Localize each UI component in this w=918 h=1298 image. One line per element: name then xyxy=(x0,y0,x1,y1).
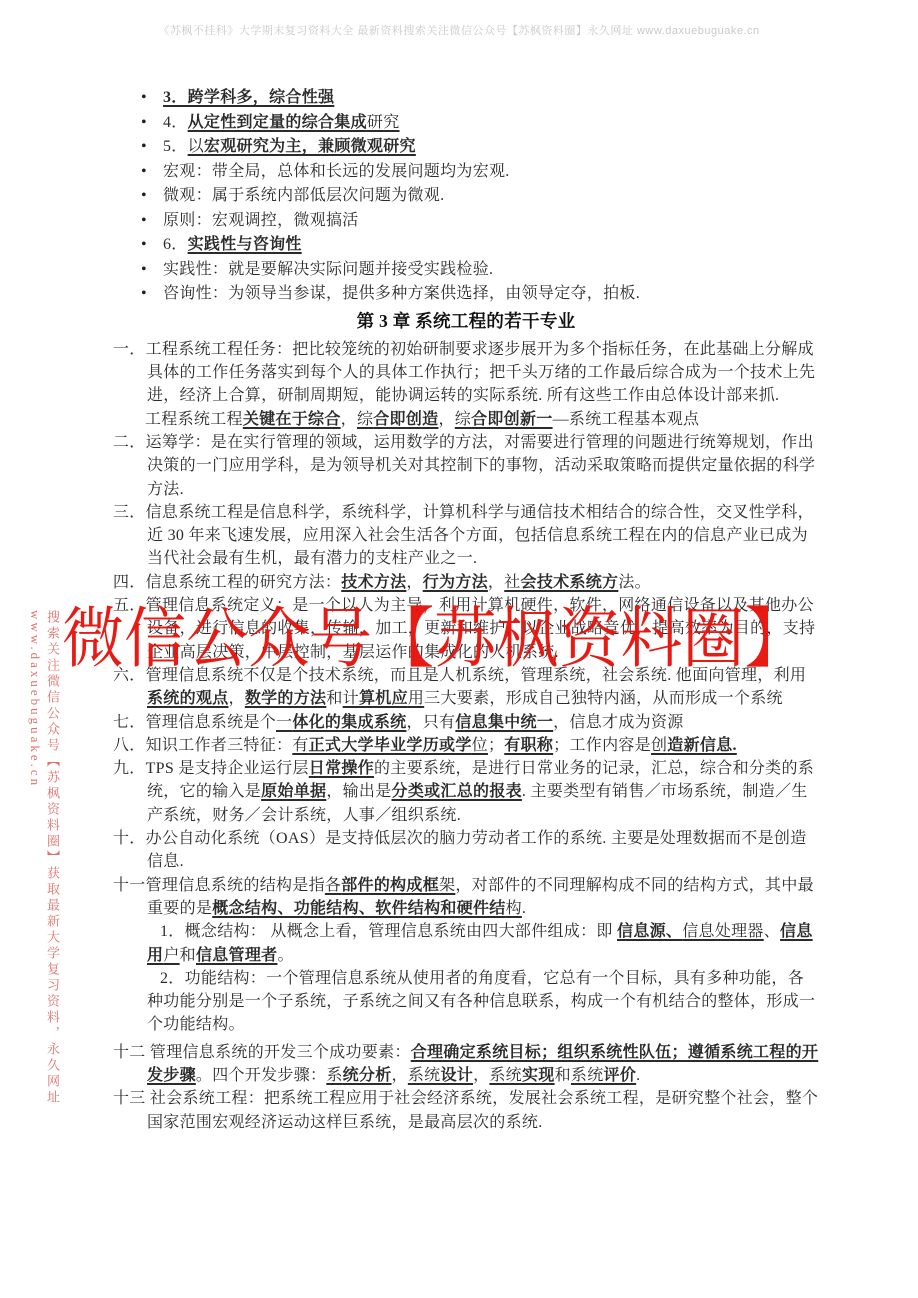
text-segment: 十．办公自动化系统（OAS）是支持低层次的脑力劳动者工作的系统. 主要是处理数据… xyxy=(113,830,807,870)
paragraph: 一．工程系统工程任务：把比较笼统的初始研制要求逐步展开为多个指标任务，在此基础上… xyxy=(113,338,819,408)
text-segment: 分类或汇总的报表 xyxy=(392,783,522,800)
text-segment: 。四个开发步骤： xyxy=(196,1067,326,1084)
text-segment: 宏观：带全局，总体和长远的发展问题均为宏观. xyxy=(163,163,510,180)
bullet-icon: • xyxy=(141,209,163,234)
bullet-text: 5．以宏观研究为主，兼顾微观研究 xyxy=(163,135,416,160)
bullet-icon: • xyxy=(141,111,163,136)
text-segment: ， xyxy=(406,574,422,591)
text-segment: 2．功能结构：一个管理信息系统从使用者的角度看，它总有一个目标，具有多种功能，各… xyxy=(147,970,815,1034)
bullet-item: •4．从定性到定量的综合集成研究 xyxy=(113,111,819,136)
text-segment: 合即创造 xyxy=(373,411,438,428)
text-segment: 3．跨学科多，综合性强 xyxy=(163,89,334,106)
text-segment: 信息处理器 xyxy=(682,923,764,940)
text-segment: 体化的集成系统 xyxy=(292,714,406,731)
bullet-icon: • xyxy=(141,282,163,307)
chapter-title: 第 3 章 系统工程的若干专业 xyxy=(113,310,819,333)
text-segment: 6． xyxy=(163,236,188,253)
bullet-item: •咨询性：为领导当参谋，提供多种方案供选择，由领导定夺，拍板. xyxy=(113,282,819,307)
page: { "header": { "text": "《苏枫不挂科》大学期末复习资料大全… xyxy=(0,0,918,1298)
bullet-item: •实践性：就是要解决实际问题并接受实践检验. xyxy=(113,258,819,283)
text-segment: 实现 xyxy=(522,1067,555,1084)
text-segment: 实践性与咨询性 xyxy=(188,236,302,253)
paragraph: 十．办公自动化系统（OAS）是支持低层次的脑力劳动者工作的系统. 主要是处理数据… xyxy=(113,827,819,874)
bullet-text: 咨询性：为领导当参谋，提供多种方案供选择，由领导定夺，拍板. xyxy=(163,282,640,307)
text-segment: 综 xyxy=(357,411,373,428)
paragraph: 2．功能结构：一个管理信息系统从使用者的角度看，它总有一个目标，具有多种功能，各… xyxy=(113,967,819,1037)
text-segment: 信息管理者 xyxy=(196,947,278,964)
text-segment: ， xyxy=(341,411,357,428)
text-segment: 一．工程系统工程任务：把比较笼统的初始研制要求逐步展开为多个指标任务，在此基础上… xyxy=(113,341,815,405)
text-segment: 信息源、 xyxy=(617,923,682,940)
text-segment: 三．信息系统工程是信息科学，系统科学，计算机科学与通信技术相结合的综合性，交叉性… xyxy=(113,504,814,568)
text-segment: 各 xyxy=(325,877,341,894)
bullet-icon: • xyxy=(141,233,163,258)
text-segment: 微观：属于系统内部低层次问题为微观. xyxy=(163,187,444,204)
text-segment: 正式大学毕业学历或学 xyxy=(309,737,472,754)
watermark-vertical: 搜索关注微信公众号【苏枫资料圈】获取最新大学复习资料，永久网址 www.daxu… xyxy=(27,610,62,1110)
text-segment: 系 xyxy=(326,1067,342,1084)
text-segment: 二．运筹学：是在实行管理的领域，运用数学的方法，对需要进行管理的问题进行统筹规划… xyxy=(113,434,815,498)
paragraph: 十二 管理信息系统的开发三个成功要素：合理确定系统目标；组织系统性队伍；遵循系统… xyxy=(113,1041,819,1088)
paragraph: 二．运筹学：是在实行管理的领域，运用数学的方法，对需要进行管理的问题进行统筹规划… xyxy=(113,431,819,501)
text-segment: 以 xyxy=(188,138,204,155)
text-segment: 有职称 xyxy=(504,737,553,754)
text-segment: 原则：宏观调控，微观搞活 xyxy=(163,212,359,229)
document-content: •3．跨学科多，综合性强•4．从定性到定量的综合集成研究•5．以宏观研究为主，兼… xyxy=(113,86,819,1134)
bullet-item: •微观：属于系统内部低层次问题为微观. xyxy=(113,184,819,209)
paragraph: 七．管理信息系统是个一体化的集成系统，只有信息集中统一，信息才成为资源 xyxy=(113,711,819,734)
text-segment: 十一管理信息系统的结构是指 xyxy=(113,877,325,894)
bullet-text: 4．从定性到定量的综合集成研究 xyxy=(163,111,400,136)
text-segment: 一 xyxy=(276,714,292,731)
bullet-text: 原则：宏观调控，微观搞活 xyxy=(163,209,359,234)
paragraph: 五．管理信息系统定义：是一个以人为主导，利用计算机硬件，软件，网络通信设备以及其… xyxy=(113,594,819,664)
bullet-text: 实践性：就是要解决实际问题并接受实践检验. xyxy=(163,258,493,283)
paragraph: 六．管理信息系统不仅是个技术系统，而且是人机系统，管理系统，社会系统. 他面向管… xyxy=(113,664,819,711)
bullet-icon: • xyxy=(141,184,163,209)
bullet-item: •宏观：带全局，总体和长远的发展问题均为宏观. xyxy=(113,160,819,185)
text-segment: 实践性：就是要解决实际问题并接受实践检验. xyxy=(163,261,493,278)
text-segment: 造新信息. xyxy=(667,737,737,754)
text-segment: 合即创新一 xyxy=(471,411,553,428)
paragraph: 十一管理信息系统的结构是指各部件的构成框架，对部件的不同理解构成不同的结构方式，… xyxy=(113,874,819,921)
text-segment: 4． xyxy=(163,114,188,131)
text-segment: 关键在于综合 xyxy=(243,411,341,428)
bullet-list: •3．跨学科多，综合性强•4．从定性到定量的综合集成研究•5．以宏观研究为主，兼… xyxy=(113,86,819,307)
site-header-note: 《苏枫不挂科》大学期末复习资料大全 最新资料搜索关注微信公众号【苏枫资料圈】永久… xyxy=(0,22,918,38)
text-segment: 5． xyxy=(163,138,188,155)
text-segment: 行为方法 xyxy=(423,574,488,591)
text-segment: ；工作内容是 xyxy=(553,737,651,754)
text-segment: 有 xyxy=(292,737,308,754)
text-segment: ， xyxy=(473,1067,489,1084)
text-segment: 户 xyxy=(163,947,179,964)
text-segment: 。 xyxy=(277,947,293,964)
text-segment: 咨询性：为领导当参谋，提供多种方案供选择，由领导定夺，拍板. xyxy=(163,285,640,302)
text-segment: 用 xyxy=(408,690,424,707)
text-segment: 架 xyxy=(439,877,455,894)
text-segment: 算机应 xyxy=(359,690,408,707)
text-segment: . xyxy=(636,1067,640,1084)
text-segment: 四．信息系统工程的研究方法： xyxy=(113,574,341,591)
text-segment: 十二 管理信息系统的开发三个成功要素： xyxy=(113,1044,411,1061)
text-segment: 日常操作 xyxy=(309,760,374,777)
text-segment: 位 xyxy=(472,737,488,754)
text-segment: 数学的方法 xyxy=(245,690,327,707)
text-segment: 系统的观点 xyxy=(147,690,229,707)
text-segment: ，只有 xyxy=(406,714,455,731)
bullet-text: 3．跨学科多，综合性强 xyxy=(163,86,334,111)
paragraph: 九．TPS 是支持企业运行层日常操作的主要系统，是进行日常业务的记录，汇总，综合… xyxy=(113,757,819,827)
text-segment: ， xyxy=(488,574,504,591)
text-segment: 五．管理信息系统定义：是一个以人为主导，利用计算机硬件，软件，网络通信设备以及其… xyxy=(113,597,815,661)
text-segment: ， xyxy=(229,690,245,707)
text-segment: 宏观研究为主，兼顾微观研究 xyxy=(204,138,416,155)
bullet-text: 6．实践性与咨询性 xyxy=(163,233,302,258)
bullet-icon: • xyxy=(141,86,163,111)
text-segment: ，信息才成为资源 xyxy=(553,714,683,731)
text-segment: 社 xyxy=(504,574,520,591)
text-segment: 法。 xyxy=(618,574,651,591)
bullet-icon: • xyxy=(141,135,163,160)
bullet-item: •3．跨学科多，综合性强 xyxy=(113,86,819,111)
text-segment: 概念结构、功能结构、软件结构和硬件结 xyxy=(212,900,505,917)
bullet-item: •6．实践性与咨询性 xyxy=(113,233,819,258)
text-segment: 信息集中统一 xyxy=(455,714,553,731)
bullet-text: 微观：属于系统内部低层次问题为微观. xyxy=(163,184,444,209)
text-segment: 九．TPS 是支持企业运行层 xyxy=(113,760,309,777)
paragraph: 十三 社会系统工程：把系统工程应用于社会经济系统，发展社会系统工程，是研究整个社… xyxy=(113,1087,819,1134)
bullet-item: •5．以宏观研究为主，兼顾微观研究 xyxy=(113,135,819,160)
paragraph-list: 一．工程系统工程任务：把比较笼统的初始研制要求逐步展开为多个指标任务，在此基础上… xyxy=(113,338,819,1134)
text-segment: 技术方法 xyxy=(341,574,406,591)
text-segment: 会技术系统方 xyxy=(521,574,619,591)
text-segment: 从定性到定量的综合集成 xyxy=(188,114,367,131)
text-segment: 计 xyxy=(343,690,359,707)
text-segment: ； xyxy=(488,737,504,754)
text-segment: ，输出是 xyxy=(326,783,391,800)
text-segment: 、 xyxy=(764,923,780,940)
text-segment: 系统 xyxy=(489,1067,522,1084)
text-segment: 七．管理信息系统是个 xyxy=(113,714,276,731)
text-segment: ， xyxy=(392,1067,408,1084)
paragraph: 1．概念结构： 从概念上看，管理信息系统由四大部件组成：即 信息源、信息处理器、… xyxy=(113,920,819,967)
paragraph: 四．信息系统工程的研究方法：技术方法，行为方法，社会技术系统方法。 xyxy=(113,571,819,594)
text-segment: 三大要素，形成自己独特内涵，从而形成一个系统 xyxy=(424,690,783,707)
text-segment: 研究 xyxy=(367,114,400,131)
text-segment: 设计 xyxy=(440,1067,473,1084)
text-segment: 1．概念结构： 从概念上看，管理信息系统由四大部件组成：即 xyxy=(160,923,617,940)
paragraph: 三．信息系统工程是信息科学，系统科学，计算机科学与通信技术相结合的综合性，交叉性… xyxy=(113,501,819,571)
text-segment: 十三 社会系统工程：把系统工程应用于社会经济系统，发展社会系统工程，是研究整个社… xyxy=(113,1090,818,1130)
paragraph: 工程系统工程关键在于综合，综合即创造，综合即创新一—系统工程基本观点 xyxy=(113,408,819,431)
text-segment: 统分析 xyxy=(343,1067,392,1084)
text-segment: 八．知识工作者三特征： xyxy=(113,737,292,754)
text-segment: —系统工程基本观点 xyxy=(553,411,700,428)
text-segment: 构 xyxy=(506,900,522,917)
bullet-item: •原则：宏观调控，微观搞活 xyxy=(113,209,819,234)
text-segment: 系统 xyxy=(571,1067,604,1084)
text-segment: 工程系统工程 xyxy=(145,411,243,428)
bullet-icon: • xyxy=(141,258,163,283)
text-segment: 综 xyxy=(455,411,471,428)
text-segment: 和 xyxy=(555,1067,571,1084)
text-segment: 和 xyxy=(326,690,342,707)
text-segment: 和 xyxy=(180,947,196,964)
text-segment: 系统 xyxy=(408,1067,441,1084)
text-segment: 评价 xyxy=(604,1067,637,1084)
bullet-icon: • xyxy=(141,160,163,185)
text-segment: . xyxy=(522,900,526,917)
text-segment: ， xyxy=(438,411,454,428)
paragraph: 八．知识工作者三特征：有正式大学毕业学历或学位；有职称；工作内容是创造新信息. xyxy=(113,734,819,757)
text-segment: 部件的构成框 xyxy=(341,877,439,894)
text-segment: 创 xyxy=(651,737,667,754)
text-segment: 六．管理信息系统不仅是个技术系统，而且是人机系统，管理系统，社会系统. 他面向管… xyxy=(113,667,806,684)
text-segment: 原始单据 xyxy=(261,783,326,800)
bullet-text: 宏观：带全局，总体和长远的发展问题均为宏观. xyxy=(163,160,510,185)
